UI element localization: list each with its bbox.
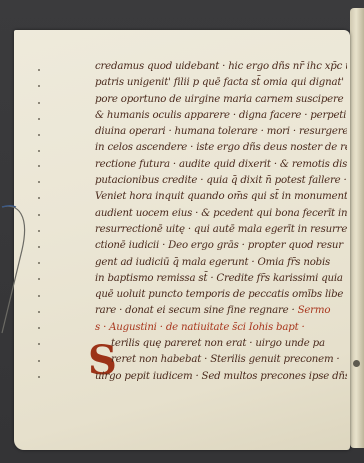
text-line: credamus quod uidebant · hic ergo dñs nr… [95,59,347,75]
text-line: in celos ascendere · iste ergo dñs deus … [95,140,347,156]
text-line: reret non habebat · Sterilis genuit prec… [95,352,347,368]
rubric-title: s · Augustini · de natiuitate s̄ci Iohis… [95,320,347,336]
rubric-span: Sermo [298,305,331,316]
text-line: pore oportuno de uirgine maria carnem su… [95,92,347,108]
text-line: quē uoluit puncto temporis de peccatis o… [95,287,347,303]
text-column: credamus quod uidebant · hic ergo dñs nr… [95,59,347,385]
text-line: & humanis oculis apparere · digna facere… [95,108,347,124]
text-line: diuina operari · humana tolerare · mori … [95,124,347,140]
text-line: resurrectionē uitę · qui autē mala egerī… [95,222,347,238]
text-line: ctionē iudicii · Deo ergo grās · propter… [95,238,347,254]
text-line: rectione futura · audite quid dixerit · … [95,157,347,173]
text-line-with-rubric: rare · donat ei secum sine fine regnare … [95,303,347,319]
text-line: uirgo pepit iudicem · Sed multos precone… [95,369,347,385]
text-span: rare · donat ei secum sine fine regnare … [95,305,295,316]
text-line: audient uocem eius · & pcedent qui bona … [95,206,347,222]
text-line: putacionibus credite · quia q̄ dixit n̄ … [95,173,347,189]
text-line: gent ad iudiciū q̄ mala egerunt · Omia f… [95,255,347,271]
binding-hole [353,360,360,367]
bookmark-thread [0,205,30,335]
facing-page-edge [350,8,364,448]
text-line: terilis quę pareret non erat · uirgo und… [95,336,347,352]
text-line: Veniet hora inquit quando om̄s qui st̄ i… [95,189,347,205]
text-line: in baptismo remissa st̄ · Credite fr̄s k… [95,271,347,287]
text-line: patris unigenit' filii p quē facta st̄ o… [95,75,347,91]
